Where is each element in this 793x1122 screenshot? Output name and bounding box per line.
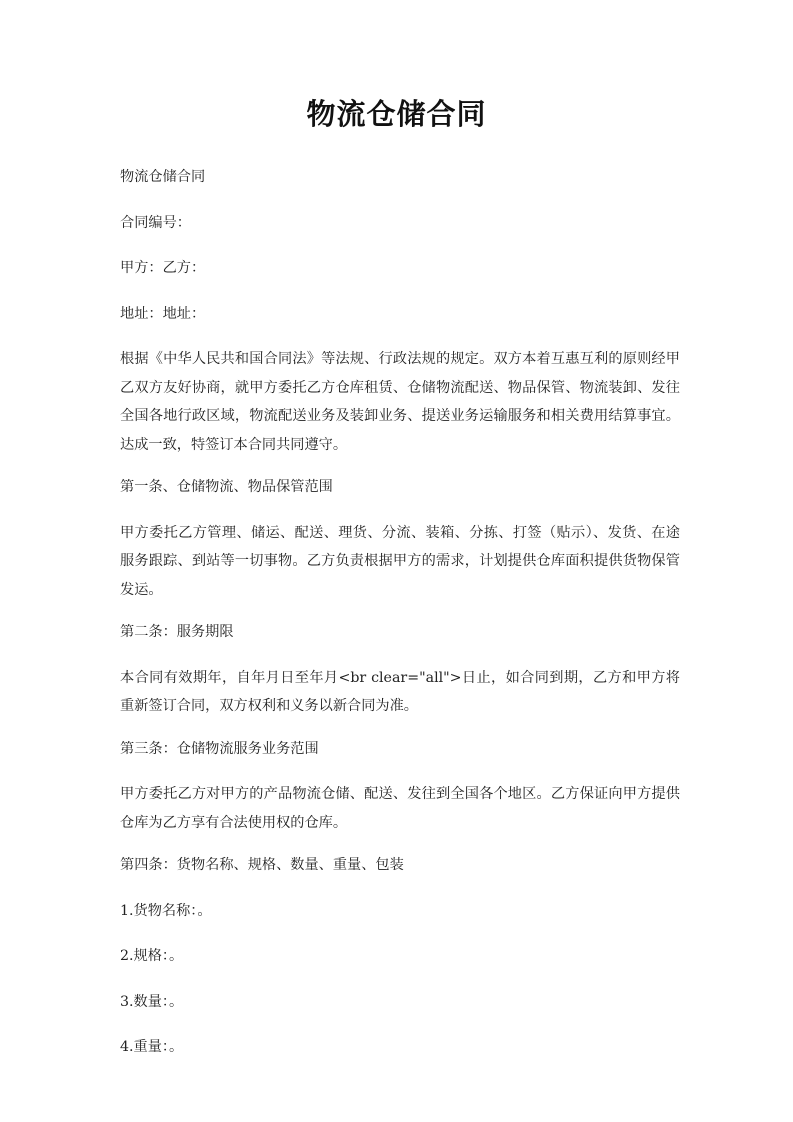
list-item-quantity: 3.数量：。 — [120, 988, 680, 1017]
list-item-goods-name: 1.货物名称：。 — [120, 897, 680, 926]
article-3-body: 甲方委托乙方对甲方的产品物流仓储、配送、发往到全国各个地区。乙方保证向甲方提供仓… — [120, 780, 680, 837]
article-3-heading: 第三条：仓储物流服务业务范围 — [120, 735, 680, 764]
contract-number-field: 合同编号： — [120, 209, 680, 238]
article-2-body: 本合同有效期年，自年月日至年月<br clear="all">日止，如合同到期，… — [120, 664, 680, 721]
subtitle: 物流仓储合同 — [120, 163, 680, 192]
document-page: 物流仓储合同 物流仓储合同 合同编号： 甲方：乙方： 地址：地址： 根据《中华人… — [0, 0, 793, 1122]
list-item-specification: 2.规格：。 — [120, 942, 680, 971]
preamble-paragraph: 根据《中华人民共和国合同法》等法规、行政法规的规定。双方本着互惠互利的原则经甲乙… — [120, 345, 680, 459]
article-2-heading: 第二条：服务期限 — [120, 618, 680, 647]
document-title: 物流仓储合同 — [0, 94, 793, 134]
addresses-field: 地址：地址： — [120, 300, 680, 329]
list-item-weight: 4.重量：。 — [120, 1033, 680, 1062]
article-1-body: 甲方委托乙方管理、储运、配送、理货、分流、装箱、分拣、打签（贴示）、发货、在途服… — [120, 519, 680, 605]
article-4-heading: 第四条：货物名称、规格、数量、重量、包装 — [120, 851, 680, 880]
document-body: 物流仓储合同 合同编号： 甲方：乙方： 地址：地址： 根据《中华人民共和国合同法… — [120, 163, 680, 1079]
parties-field: 甲方：乙方： — [120, 254, 680, 283]
article-1-heading: 第一条、仓储物流、物品保管范围 — [120, 473, 680, 502]
